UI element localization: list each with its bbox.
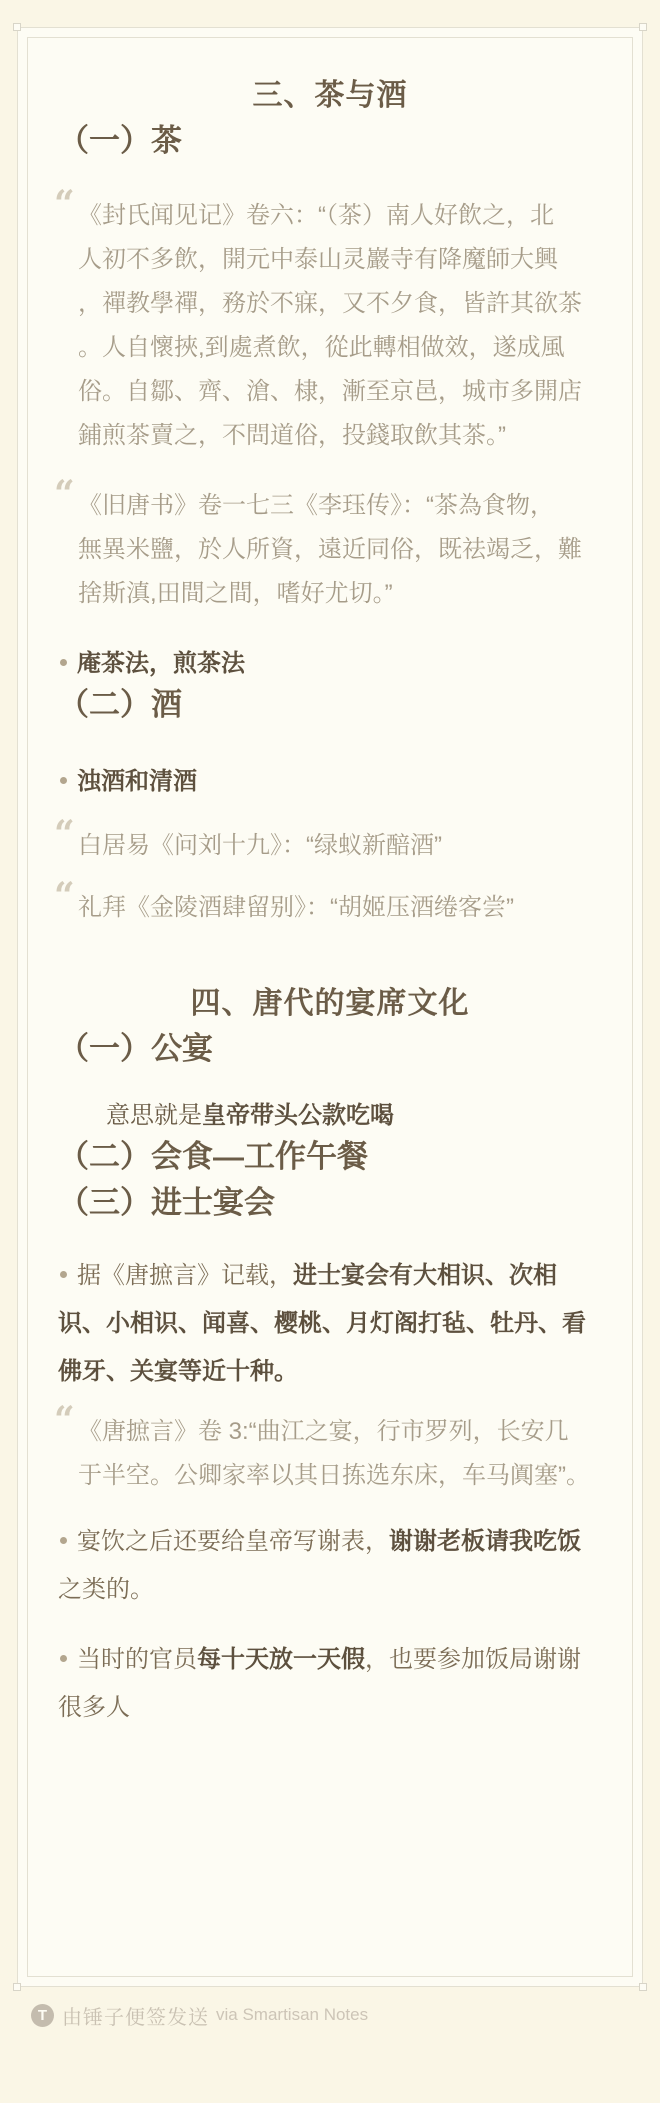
footer-sent-text-cn: 由锤子便签发送 [62,2001,209,2030]
bullet-text: 当时的官员 [77,1646,197,1673]
quote-mark-icon: “ [54,816,75,852]
paragraph-gongyan-meaning: 意思就是皇帝带头公款吃喝 [58,1098,602,1134]
bullet-thank-emperor: 宴饮之后还要给皇帝写谢表，谢谢老板请我吃饭之类的。 [58,1518,602,1614]
bullet-text: 庵茶法，煎茶法 [77,650,245,677]
bullet-text: 浊酒和清酒 [77,768,197,795]
quote-text: 白居易《问刘十九》：“绿蚁新醅酒” [78,824,602,868]
bullet-dot-icon [60,659,67,666]
bullet-text: 据《唐摭言》记载， [77,1262,293,1289]
heading-tea: （一）茶 [58,118,602,164]
quote-text: 《唐摭言》卷 3:“曲江之宴，行市罗列，长安几于半空。公卿家率以其日拣选东床，车… [78,1410,602,1498]
quote-mark-icon: “ [54,186,75,222]
quote-tangzhiyan: “ 《唐摭言》卷 3:“曲江之宴，行市罗列，长安几于半空。公卿家率以其日拣选东床… [58,1410,602,1498]
quote-text: 《封氏闻见记》卷六：“（茶）南人好飲之，北人初不多飲，開元中泰山灵巖寺有降魔師大… [78,194,602,458]
heading-jinshi: （三）进士宴会 [58,1180,602,1226]
note-content: 三、茶与酒 （一）茶 “ 《封氏闻见记》卷六：“（茶）南人好飲之，北人初不多飲，… [18,28,642,1986]
bullet-text: 之类的。 [58,1576,154,1603]
note-card: 三、茶与酒 （一）茶 “ 《封氏闻见记》卷六：“（茶）南人好飲之，北人初不多飲，… [17,27,643,1987]
quote-jiutangshu: “ 《旧唐书》卷一七三《李珏传》：“茶為食物，無異米鹽，於人所資，遠近同俗，既祛… [58,484,602,616]
quote-text: 《旧唐书》卷一七三《李珏传》：“茶為食物，無異米鹽，於人所資，遠近同俗，既祛竭乏… [78,484,602,616]
quote-fengshi-wenjianji: “ 《封氏闻见记》卷六：“（茶）南人好飲之，北人初不多飲，開元中泰山灵巖寺有降魔… [58,194,602,458]
bullet-tea-methods: 庵茶法，煎茶法 [58,646,602,682]
footer-sent-text-en: via Smartisan Notes [216,2005,368,2025]
bullet-text: 宴饮之后还要给皇帝写谢表， [77,1528,389,1555]
bullet-bold-text: 每十天放一天假 [197,1646,365,1673]
quote-baijuyi: “ 白居易《问刘十九》：“绿蚁新醅酒” [58,824,602,868]
bullet-banquet-kinds: 据《唐摭言》记载，进士宴会有大相识、次相识、小相识、闻喜、樱桃、月灯阁打毡、牡丹… [58,1252,602,1396]
smartisan-note-page: { "colors": { "page_bg": "#faf6e6", "car… [0,0,660,2103]
bullet-dot-icon [60,1271,67,1278]
bullet-dot-icon [60,1655,67,1662]
quote-jinling-jiusi: “ 礼拜《金陵酒肆留别》：“胡姬压酒绻客尝” [58,886,602,930]
section-title-banquet: 四、唐代的宴席文化 [58,982,602,1026]
bullet-bold-text: 谢谢老板请我吃饭 [389,1528,581,1555]
bullet-dot-icon [60,777,67,784]
paragraph-bold-text: 皇帝带头公款吃喝 [202,1102,394,1129]
smartisan-footer: T 由锤子便签发送 via Smartisan Notes [0,2000,660,2030]
bullet-wine-types: 浊酒和清酒 [58,764,602,800]
heading-huishi: （二）会食—工作午餐 [58,1134,602,1180]
section-title-tea-wine: 三、茶与酒 [58,74,602,118]
bullet-dot-icon [60,1537,67,1544]
paragraph-text: 意思就是 [106,1102,202,1129]
quote-mark-icon: “ [54,1402,75,1438]
quote-text: 礼拜《金陵酒肆留别》：“胡姬压酒绻客尝” [78,886,602,930]
heading-wine: （二）酒 [58,682,602,728]
quote-mark-icon: “ [54,476,75,512]
bullet-official-holiday: 当时的官员每十天放一天假，也要参加饭局谢谢很多人 [58,1636,602,1732]
smartisan-logo-icon: T [31,2004,54,2027]
heading-gongyan: （一）公宴 [58,1026,602,1072]
quote-mark-icon: “ [54,878,75,914]
